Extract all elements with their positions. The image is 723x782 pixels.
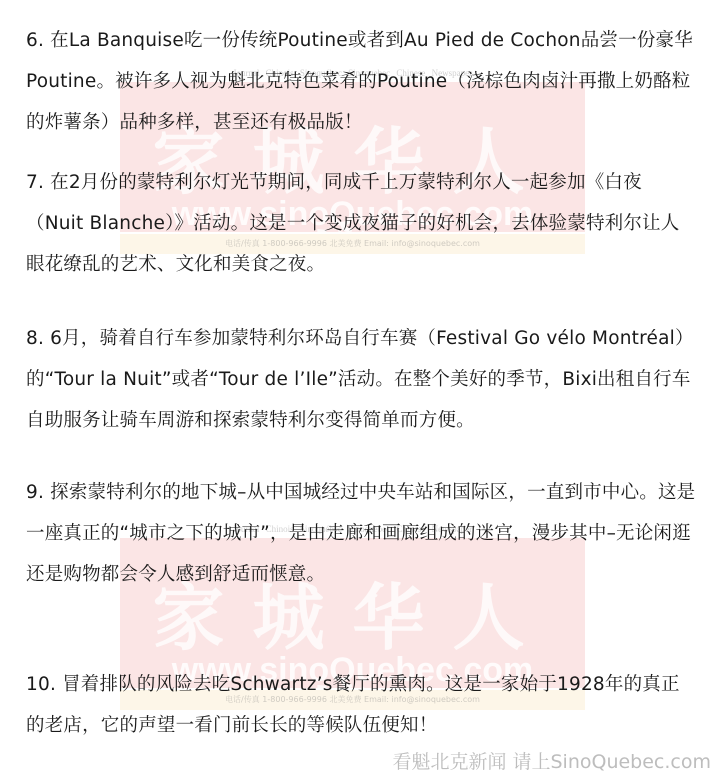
list-item-9: 9. 探索蒙特利尔的地下城–从中国城经过中央车站和国际区，一直到市中心。这是一座…: [26, 472, 698, 595]
footer-credit: 看魁北克新闻 请上SinoQuebec.com: [392, 747, 711, 774]
list-item-10: 10. 冒着排队的风险去吃Schwartz’s餐厅的熏肉。这是一家始于1928年…: [26, 664, 698, 746]
list-item-7: 7. 在2月份的蒙特利尔灯光节期间，同成千上万蒙特利尔人一起参加《白夜（Nuit…: [26, 162, 698, 285]
list-item-6: 6. 在La Banquise吃一份传统Poutine或者到Au Pied de…: [26, 20, 698, 143]
list-item-8: 8. 6月，骑着自行车参加蒙特利尔环岛自行车赛（Festival Go vélo…: [26, 318, 698, 441]
